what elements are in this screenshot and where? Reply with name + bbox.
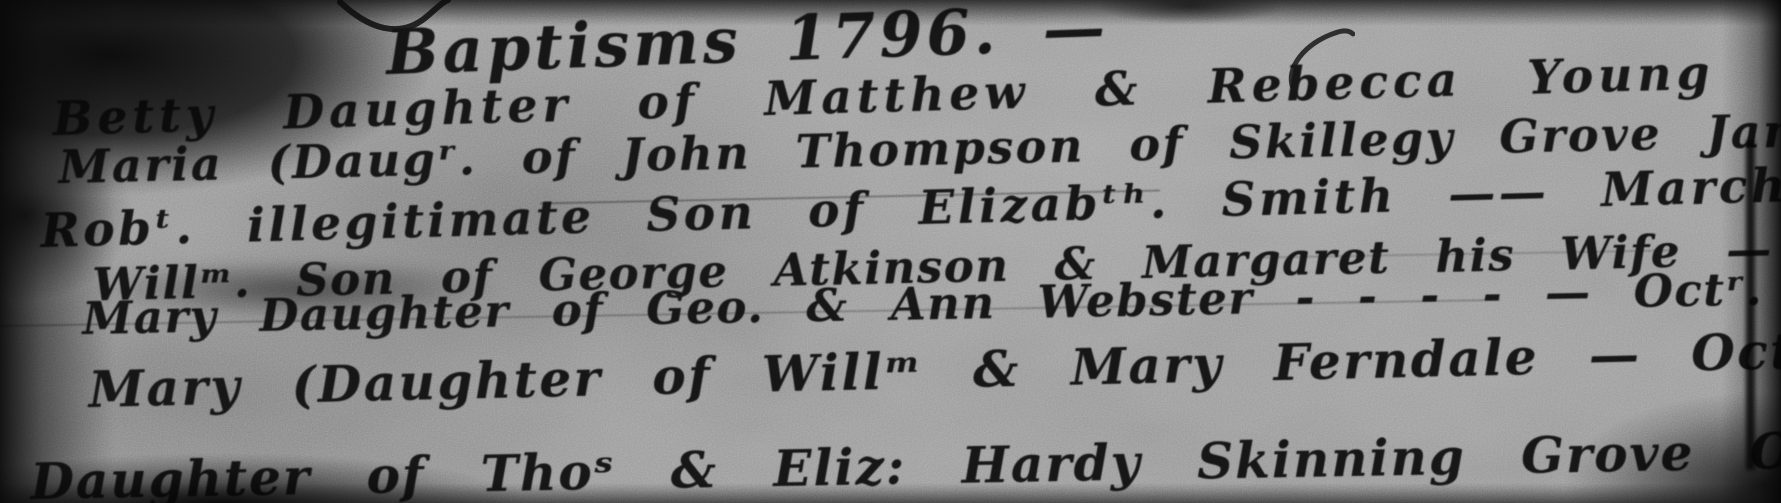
register-page-scan: Baptisms 1796. — Betty Daughter of Matth…: [0, 0, 1781, 503]
film-grain-dark-texture: [0, 0, 1781, 503]
